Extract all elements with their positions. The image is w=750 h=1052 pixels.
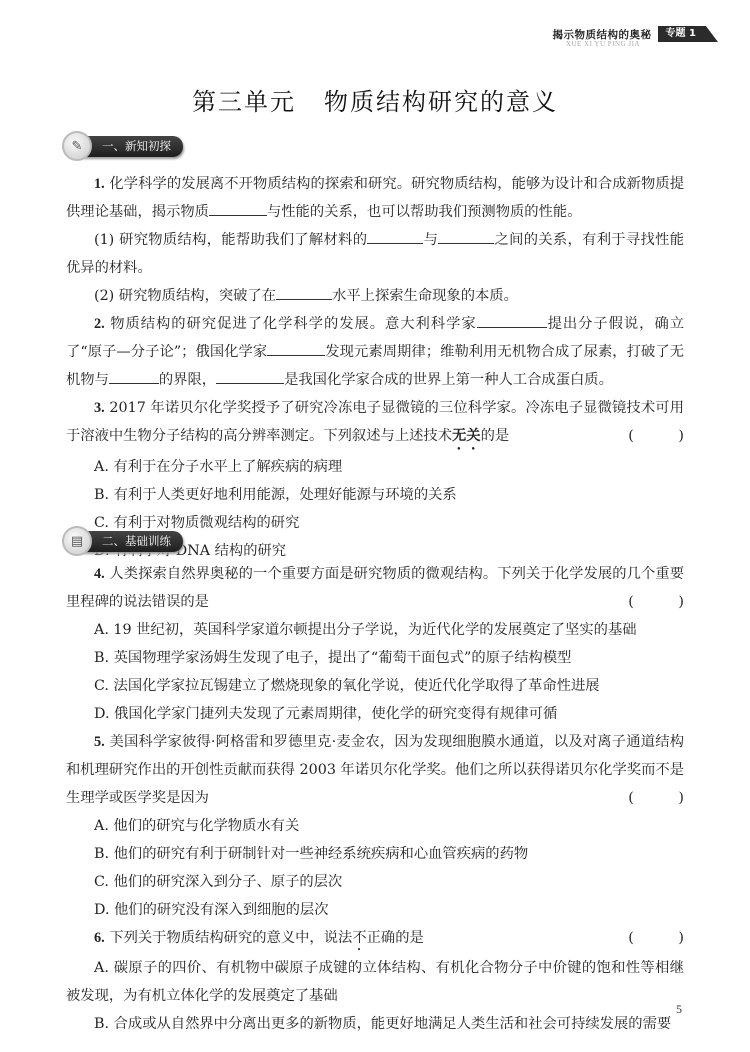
- option-a: A. 有利于在分子水平上了解疾病的病理: [66, 453, 684, 481]
- emphasis-text: 不: [352, 930, 366, 946]
- option-a: A. 他们的研究与化学物质水有关: [66, 812, 684, 840]
- section-label: 一、新知初探: [82, 136, 183, 157]
- option-a: A. 19 世纪初，英国科学家道尔顿提出分子学说，为近代化学的发展奠定了坚实的基…: [66, 616, 684, 644]
- answer-parentheses[interactable]: ( ): [600, 924, 704, 952]
- option-c: C. 他们的研究深入到分子、原子的层次: [66, 868, 684, 896]
- answer-blank[interactable]: [276, 285, 332, 300]
- question-5: 5. 美国科学家彼得·阿格雷和罗德里克·麦金农，因为发现细胞膜水通道，以及对离子…: [66, 728, 684, 812]
- option-b: B. 英国物理学家汤姆生发现了电子，提出了“葡萄干面包式”的原子结构模型: [66, 644, 684, 672]
- question-1-part-1: (1) 研究物质结构，能帮助我们了解材料的与之间的关系，有利于寻找性能优异的材料…: [66, 226, 684, 282]
- topic-badge: 专题 1: [658, 26, 718, 42]
- question-1-part-2: (2) 研究物质结构，突破了在水平上探索生命现象的本质。: [66, 282, 684, 310]
- answer-blank[interactable]: [267, 341, 325, 356]
- option-b: B. 有利于人类更好地利用能源，处理好能源与环境的关系: [66, 481, 684, 509]
- notebook-pen-icon: ▤: [62, 526, 92, 556]
- pencil-notepad-icon: ✎: [62, 131, 92, 161]
- answer-blank[interactable]: [209, 201, 267, 216]
- option-d: D. 他们的研究没有深入到细胞的层次: [66, 896, 684, 924]
- page-number: 5: [676, 1002, 682, 1017]
- option-b: B. 合成或从自然界中分离出更多的新物质，能更好地满足人类生活和社会可持续发展的…: [66, 1010, 684, 1038]
- section-header-new-knowledge: ✎ 一、新知初探: [62, 131, 183, 161]
- answer-blank[interactable]: [438, 229, 494, 244]
- answer-parentheses[interactable]: ( ): [600, 422, 704, 450]
- section-label: 二、基础训练: [82, 531, 183, 552]
- answer-blank[interactable]: [367, 229, 423, 244]
- header-pinyin: XUE XI YU PING JIA: [566, 40, 640, 48]
- answer-parentheses[interactable]: ( ): [600, 588, 704, 616]
- question-1: 1. 化学科学的发展离不开物质结构的探索和研究。研究物质结构，能够为设计和合成新…: [66, 170, 684, 226]
- question-2: 2. 物质结构的研究促进了化学科学的发展。意大利科学家提出分子假说，确立了“原子…: [66, 310, 684, 394]
- answer-blank[interactable]: [477, 313, 547, 328]
- section-1-content: 1. 化学科学的发展离不开物质结构的探索和研究。研究物质结构，能够为设计和合成新…: [66, 170, 684, 565]
- unit-name: 物质结构研究的意义: [324, 88, 558, 116]
- page-title: 第三单元物质结构研究的意义: [0, 82, 750, 117]
- option-b: B. 他们的研究有利于研制针对一些神经系统疾病和心血管疾病的药物: [66, 840, 684, 868]
- unit-number: 第三单元: [192, 88, 296, 116]
- option-d: D. 俄国化学家门捷列夫发现了元素周期律，使化学的研究变得有规律可循: [66, 700, 684, 728]
- section-2-content: 4. 人类探索自然界奥秘的一个重要方面是研究物质的微观结构。下列关于化学发展的几…: [66, 560, 684, 1038]
- question-3: 3. 2017 年诺贝尔化学奖授予了研究冷冻电子显微镜的三位科学家。冷冻电子显微…: [66, 394, 684, 453]
- answer-blank[interactable]: [216, 369, 284, 384]
- answer-parentheses[interactable]: ( ): [600, 784, 704, 812]
- section-header-basic-training: ▤ 二、基础训练: [62, 526, 183, 556]
- question-4: 4. 人类探索自然界奥秘的一个重要方面是研究物质的微观结构。下列关于化学发展的几…: [66, 560, 684, 616]
- emphasis-text: 无关: [452, 428, 481, 444]
- option-a: A. 碳原子的四价、有机物中碳原子成键的立体结构、有机化合物分子中价键的饱和性等…: [66, 954, 684, 1010]
- option-c: C. 法国化学家拉瓦锡建立了燃烧现象的氧化学说，使近代化学取得了革命性进展: [66, 672, 684, 700]
- question-6: 6. 下列关于物质结构研究的意义中，说法不正确的是 ( ): [66, 924, 684, 954]
- answer-blank[interactable]: [109, 369, 159, 384]
